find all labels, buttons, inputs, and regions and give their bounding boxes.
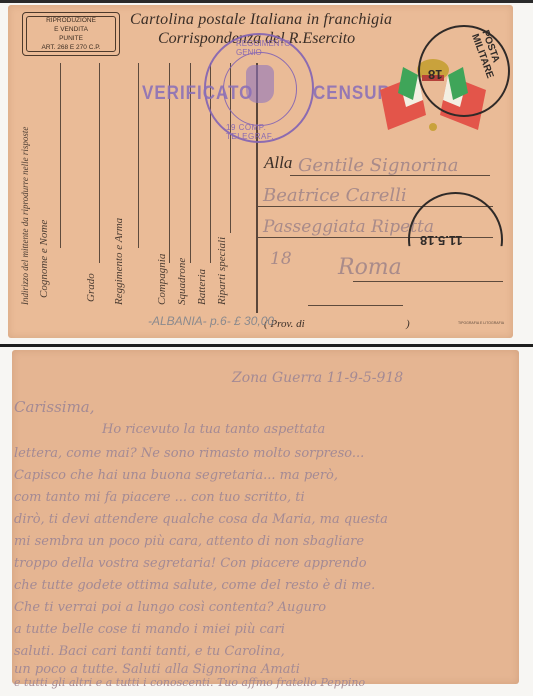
letter-line: lettera, come mai? Ne sono rimasto molto… (14, 446, 364, 461)
letter-line: Capisco che hai una buona segretaria... … (14, 468, 338, 483)
scan-top-border (0, 0, 533, 3)
letter-line: com tanto mi fa piacere ... con tuo scri… (14, 490, 305, 505)
postmark-date: 18 (428, 67, 442, 82)
postcard-back: Zona Guerra 11-9-5-918 Carissima, Ho ric… (12, 350, 519, 684)
address-prefix: Alla (264, 153, 292, 173)
repro-line: E VENDITA (23, 25, 119, 34)
field-compagnia: Compagnia (156, 254, 168, 305)
letter-salutation: Carissima, (14, 398, 95, 416)
handwritten-name: Beatrice Carelli (263, 185, 407, 206)
repro-line: RIPRODUZIONE (23, 16, 119, 25)
sender-header: Indirizzo del mittente da riprodurre nel… (20, 127, 30, 305)
postcard-front: RIPRODUZIONE E VENDITA PUNITE ART. 268 E… (8, 5, 513, 338)
seal-top-text: REGGIMENTO GENIO (236, 39, 312, 57)
field-line (60, 63, 61, 248)
pencil-dealer-note: -ALBANIA- p.6- £ 30,00 (148, 314, 274, 328)
letter-line: troppo della vostra segretaria! Con piac… (14, 556, 367, 571)
scan-divider (0, 344, 533, 347)
repro-line: PUNITE (23, 34, 119, 43)
field-squadrone: Squadrone (176, 258, 188, 305)
handwritten-recipient: Gentile Signorina (298, 155, 458, 176)
address-line (353, 281, 503, 282)
letter-line: Ho ricevuto la tua tanto aspettata (102, 422, 325, 437)
printer-mark: TIPOGRAFIA E LITOGRAFIA (458, 321, 504, 325)
repro-line: ART. 268 E 270 C.P. (23, 43, 119, 52)
reproduction-notice-box: RIPRODUZIONE E VENDITA PUNITE ART. 268 E… (22, 12, 120, 56)
field-riparti: Riparti speciali (216, 237, 228, 305)
card-title: Cartolina postale Italiana in franchigia (130, 11, 392, 29)
letter-line: Che ti verrai poi a lungo così contenta?… (14, 600, 326, 615)
field-line (138, 63, 139, 248)
field-batteria: Batteria (196, 269, 208, 305)
letter-date: Zona Guerra 11-9-5-918 (232, 370, 403, 386)
letter-line: e tutti gli altri e a tutti i conoscenti… (14, 676, 365, 689)
censor-verificato: VERIFICATO (142, 82, 253, 105)
field-grado: Grado (85, 273, 97, 302)
province-close: ) (406, 318, 410, 330)
seal-bottom-text: 19 COMP. TELEGRAF. (226, 123, 312, 141)
handwritten-city: Roma (338, 255, 402, 280)
field-cognome-nome: Cognome e Nome (38, 220, 50, 298)
letter-line: che tutte godete ottima salute, come del… (14, 578, 375, 593)
handwritten-number: 18 (270, 249, 292, 269)
letter-line: dirò, ti devi attendere qualche cosa da … (14, 512, 388, 527)
letter-line: un poco a tutte. Saluti alla Signorina A… (14, 662, 300, 677)
province-line (308, 305, 403, 306)
letter-line: a tutte belle cose ti mando i miei più c… (14, 622, 285, 637)
field-line (99, 63, 100, 263)
letter-line: mi sembra un poco più cara, attento di n… (14, 534, 364, 549)
field-reggimento: Reggimento e Arma (113, 218, 125, 305)
postmark-arrival-date: 11.5.18 (420, 233, 463, 248)
letter-line: saluti. Baci cari tanti tanti, e tu Caro… (14, 644, 285, 659)
